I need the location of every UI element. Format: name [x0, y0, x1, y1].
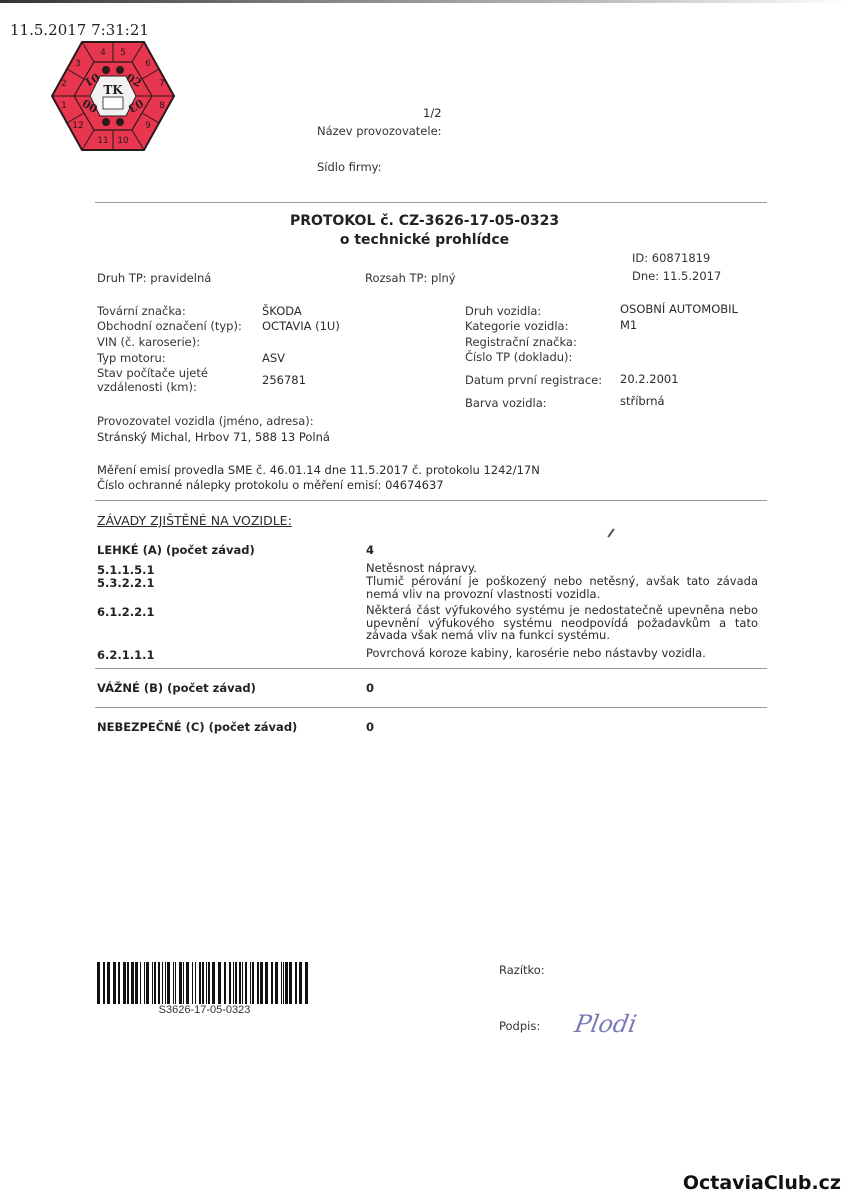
field-label-odometer: Stav počítače ujeté: [97, 366, 208, 380]
svg-text:7: 7: [159, 79, 165, 89]
field-label-odometer-2: vzdálenosti (km):: [97, 380, 197, 394]
signature: Plodi: [573, 1010, 639, 1038]
divider: [95, 707, 767, 708]
field-label-vin: VIN (č. karoserie):: [97, 335, 200, 349]
svg-text:6: 6: [145, 59, 151, 69]
operator-name-label: Název provozovatele:: [317, 124, 442, 138]
field-value-category: M1: [620, 318, 637, 332]
field-label-color: Barva vozidla:: [465, 396, 547, 410]
field-label-plate: Registrační značka:: [465, 335, 577, 349]
inspection-sticker-icon: TK 00010203 123456789101112: [50, 40, 176, 152]
svg-text:9: 9: [145, 121, 151, 131]
defect-text: Netěsnost nápravy.: [366, 562, 758, 575]
svg-text:10: 10: [117, 136, 129, 146]
svg-text:1: 1: [61, 101, 67, 111]
svg-text:3: 3: [75, 59, 81, 69]
svg-text:11: 11: [97, 136, 108, 146]
field-label-make: Tovární značka:: [97, 304, 186, 318]
scan-edge: [0, 0, 849, 3]
protocol-id: ID: 60871819: [632, 251, 710, 265]
svg-text:8: 8: [159, 101, 165, 111]
defect-text: Některá část výfukového systému je nedos…: [366, 604, 758, 642]
dangerous-defects-label: NEBEZPEČNÉ (C) (počet závad): [97, 720, 297, 734]
inspection-scope: Rozsah TP: plný: [365, 271, 456, 285]
field-label-engine: Typ motoru:: [97, 351, 166, 365]
defect-code: 5.3.2.2.1: [97, 576, 154, 590]
field-value-make: ŠKODA: [262, 304, 302, 318]
svg-text:TK: TK: [103, 83, 123, 97]
defects-heading: ZÁVADY ZJIŠTĚNÉ NA VOZIDLE:: [97, 513, 292, 528]
divider: [95, 202, 767, 203]
svg-text:5: 5: [120, 48, 126, 58]
pen-mark: [607, 528, 614, 537]
watermark: OctaviaClub.cz: [683, 1172, 841, 1194]
defect-code: 6.2.1.1.1: [97, 648, 154, 662]
protocol-title: PROTOKOL č. CZ-3626-17-05-0323: [0, 212, 849, 231]
emissions-line-2: Číslo ochranné nálepky protokolu o měřen…: [97, 478, 444, 492]
protocol-subtitle: o technické prohlídce: [0, 231, 849, 250]
print-timestamp: 11.5.2017 7:31:21: [10, 21, 149, 39]
divider: [95, 668, 767, 669]
page-number: 1/2: [423, 106, 442, 120]
svg-text:12: 12: [72, 121, 83, 131]
defect-code: 5.1.1.5.1: [97, 563, 154, 577]
defect-text: Povrchová koroze kabiny, karosérie nebo …: [366, 647, 758, 660]
field-label-tp-number: Číslo TP (dokladu):: [465, 350, 572, 364]
field-value-engine: ASV: [262, 351, 285, 365]
field-label-category: Kategorie vozidla:: [465, 319, 568, 333]
operator-label: Provozovatel vozidla (jméno, adresa):: [97, 414, 314, 428]
divider: [95, 500, 767, 501]
serious-defects-count: 0: [366, 681, 374, 695]
field-label-vehicle-type: Druh vozidla:: [465, 304, 541, 318]
svg-text:4: 4: [100, 48, 106, 58]
field-value-color: stříbrná: [620, 394, 665, 408]
protocol-date: Dne: 11.5.2017: [632, 269, 721, 283]
field-label-first-registration: Datum první registrace:: [465, 373, 602, 387]
svg-text:2: 2: [61, 79, 67, 89]
light-defects-label: LEHKÉ (A) (počet závad): [97, 543, 255, 557]
serious-defects-label: VÁŽNÉ (B) (počet závad): [97, 681, 256, 695]
field-value-first-registration: 20.2.2001: [620, 372, 679, 386]
defect-text: Tlumič pérování je poškozený nebo netěsn…: [366, 575, 758, 600]
dangerous-defects-count: 0: [366, 720, 374, 734]
field-label-model: Obchodní označení (typ):: [97, 319, 242, 333]
company-seat-label: Sídlo firmy:: [317, 160, 382, 174]
field-value-model: OCTAVIA (1U): [262, 319, 340, 333]
field-value-odometer: 256781: [262, 373, 306, 387]
barcode: [97, 962, 312, 1004]
barcode-text: S3626-17-05-0323: [97, 1004, 312, 1016]
field-value-vehicle-type: OSOBNÍ AUTOMOBIL: [620, 302, 738, 316]
inspection-type: Druh TP: pravidelná: [97, 271, 211, 285]
signature-label: Podpis:: [499, 1019, 540, 1033]
emissions-line-1: Měření emisí provedla SME č. 46.01.14 dn…: [97, 463, 540, 477]
operator-value: Stránský Michal, Hrbov 71, 588 13 Polná: [97, 430, 330, 444]
light-defects-count: 4: [366, 543, 374, 557]
stamp-label: Razítko:: [499, 963, 545, 977]
defect-code: 6.1.2.2.1: [97, 605, 154, 619]
